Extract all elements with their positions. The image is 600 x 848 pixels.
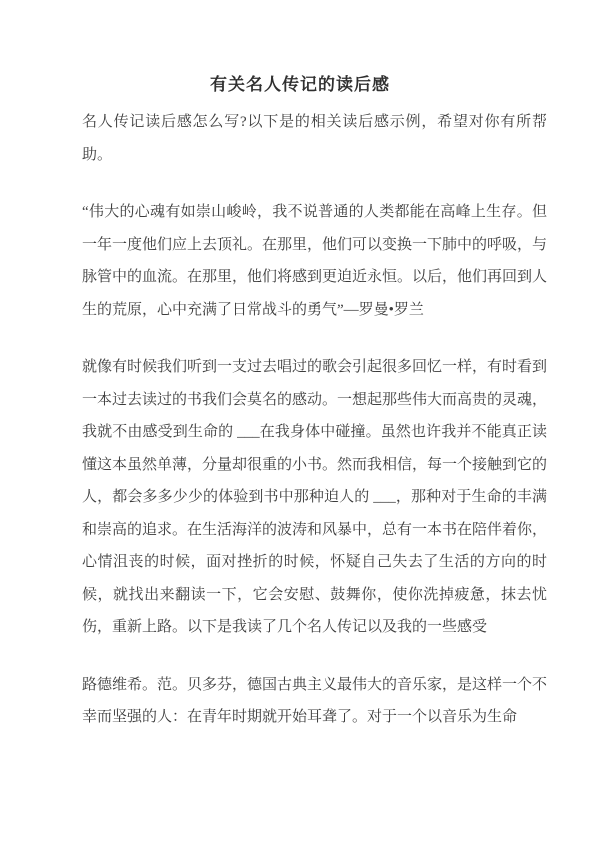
paragraph-beethoven: 路德维希。范。贝多芬，德国古典主义最伟大的音乐家，是这样一个不幸而坚强的人：在青… <box>82 669 547 734</box>
paragraph-reflection: 就像有时候我们听到一支过去唱过的歌会引起很多回忆一样，有时看到一本过去读过的书我… <box>82 351 547 644</box>
document-title: 有关名人传记的读后感 <box>0 72 600 98</box>
paragraph-intro: 名人传记读后感怎么写?以下是的相关读后感示例，希望对你有所帮助。 <box>82 106 547 171</box>
document-page: 有关名人传记的读后感 名人传记读后感怎么写?以下是的相关读后感示例，希望对你有所… <box>0 0 600 848</box>
paragraph-quote: “伟大的心魂有如崇山峻岭，我不说普通的人类都能在高峰上生存。但一年一度他们应上去… <box>82 196 547 326</box>
document-body: 名人传记读后感怎么写?以下是的相关读后感示例，希望对你有所帮助。 “伟大的心魂有… <box>82 106 547 734</box>
